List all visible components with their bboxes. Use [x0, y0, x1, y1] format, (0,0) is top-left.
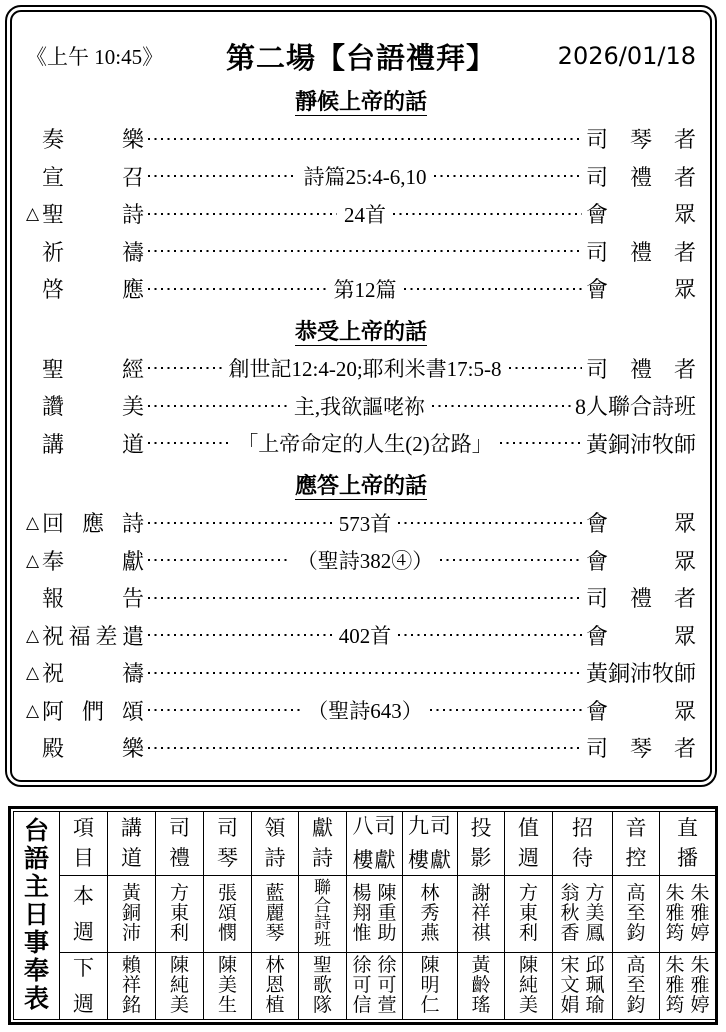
program-item-label: 宣召: [42, 161, 144, 192]
duty-week-label: 下週: [60, 953, 108, 1020]
duty-name-cell: 張頌憫: [204, 876, 252, 953]
duty-name: 張頌憫: [218, 884, 237, 944]
dot-leader: [148, 597, 582, 599]
program-item-role: 司禮者: [586, 161, 696, 192]
duty-name-cell: 翁秋香方美鳳: [553, 876, 613, 953]
dot-leader: [500, 442, 582, 444]
program-item-label: 奏樂: [42, 123, 144, 154]
duty-name: 朱雅筠: [665, 884, 684, 944]
program-row: △阿們頌（聖詩643）會眾: [26, 692, 696, 730]
program-item-label: 讚美: [42, 390, 144, 421]
program-row: △祝福差遣402首會眾: [26, 617, 696, 655]
dot-leader: [404, 288, 583, 290]
duty-name: 朱雅筠: [665, 956, 684, 1016]
program-item-detail: 詩篇25:4-6,10: [300, 161, 429, 191]
program-row: 報告司禮者: [26, 579, 696, 617]
program-item-role: 司禮者: [586, 236, 696, 267]
program-row: △回應詩573首會眾: [26, 504, 696, 542]
program-item-label: 祝禱: [42, 657, 144, 688]
dot-leader: [432, 405, 571, 407]
dot-leader: [148, 747, 582, 749]
duty-name: 翁秋香: [560, 884, 579, 944]
duty-name-cell: 楊翔惟陳重助: [347, 876, 403, 953]
dot-leader: [148, 634, 332, 636]
program-item-label: 祈禱: [42, 236, 144, 267]
program-item-role: 8人聯合詩班: [575, 390, 696, 421]
duty-column-header: 九司樓獻: [403, 812, 458, 876]
page-title: 第二場【台語禮拜】: [226, 36, 496, 77]
program-row: 宣召詩篇25:4-6,10司禮者: [26, 158, 696, 196]
duty-name-cell: 黃銅沛: [108, 876, 156, 953]
duty-name: 聖歌隊: [313, 956, 332, 1016]
duty-name: 藍麗琴: [265, 884, 284, 944]
program-row: 聖經創世記12:4-20;耶利米書17:5-8司禮者: [26, 350, 696, 388]
dot-leader: [148, 367, 222, 369]
duty-name: 聯合詩班: [314, 879, 331, 948]
standing-triangle-icon: △: [26, 514, 42, 531]
duty-column-header: 領詩: [252, 812, 299, 876]
duty-name: 林恩植: [265, 956, 284, 1016]
program-item-detail: 24首: [341, 199, 389, 229]
program-item-role: 會眾: [586, 507, 696, 538]
program-item-detail: 創世記12:4-20;耶利米書17:5-8: [226, 353, 505, 383]
program-row: 祈禱司禮者: [26, 233, 696, 271]
section-title-text: 靜候上帝的話: [295, 89, 427, 116]
duty-column-header: 司禮: [156, 812, 204, 876]
program-row: 讚美主,我欲謳咾祢8人聯合詩班: [26, 387, 696, 425]
duty-name: 徐可萱: [378, 956, 397, 1016]
duty-name-cell: 聖歌隊: [299, 953, 347, 1020]
dot-leader: [440, 559, 582, 561]
section-title: 應答上帝的話: [26, 471, 696, 501]
service-date: 2026/01/18: [496, 42, 696, 70]
program-item-label: 祝福差遣: [42, 620, 144, 651]
program-row: 奏樂司琴者: [26, 120, 696, 158]
dot-leader: [393, 213, 582, 215]
program-item-role: 司禮者: [586, 353, 696, 384]
duty-name-cell: 方東利: [156, 876, 204, 953]
duty-table-box: 台語主日事奉表項目講道司禮司琴領詩獻詩八司樓獻九司樓獻投影值週招待音控直播本週黃…: [8, 806, 718, 1025]
duty-name-cell: 高至鈞: [613, 953, 660, 1020]
duty-column-header: 投影: [458, 812, 505, 876]
dot-leader: [148, 405, 287, 407]
program-item-role: 會眾: [586, 273, 696, 304]
service-time: 《上午 10:45》: [26, 41, 226, 71]
duty-column-header: 司琴: [204, 812, 252, 876]
duty-name: 方東利: [519, 884, 538, 944]
program-item-label: 講道: [42, 428, 144, 459]
dot-leader: [148, 442, 230, 444]
program-item-role: 會眾: [586, 695, 696, 726]
duty-name-cell: 陳純美: [505, 953, 553, 1020]
section-title: 靜候上帝的話: [26, 87, 696, 117]
program-item-role: 會眾: [586, 620, 696, 651]
duty-name-cell: 林恩植: [252, 953, 299, 1020]
program-row: 啓應第12篇會眾: [26, 270, 696, 308]
program-item-label: 殿樂: [42, 732, 144, 763]
program-item-label: 啓應: [42, 273, 144, 304]
worship-program-box: 《上午 10:45》 第二場【台語禮拜】 2026/01/18 靜候上帝的話奏樂…: [5, 5, 717, 787]
standing-triangle-icon: △: [26, 205, 42, 222]
duty-name-cell: 陳明仁: [403, 953, 458, 1020]
program-item-detail: 主,我欲謳咾祢: [291, 391, 428, 421]
program-row: 殿樂司琴者: [26, 729, 696, 767]
duty-name: 謝祥祺: [471, 884, 490, 944]
dot-leader: [148, 288, 327, 290]
program-item-detail: 第12篇: [331, 274, 400, 304]
program-row: △聖詩24首會眾: [26, 195, 696, 233]
duty-name-cell: 聯合詩班: [299, 876, 347, 953]
duty-name-cell: 宋文娟邱珮瑜: [553, 953, 613, 1020]
dot-leader: [148, 709, 300, 711]
dot-leader: [148, 213, 337, 215]
duty-name: 朱雅婷: [691, 884, 710, 944]
program-item-label: 聖詩: [42, 198, 144, 229]
program-row: △奉獻（聖詩382④）會眾: [26, 542, 696, 580]
duty-name: 陳美生: [218, 956, 237, 1016]
duty-table-title: 台語主日事奉表: [14, 812, 60, 1020]
duty-name: 林秀燕: [420, 884, 439, 944]
duty-name: 陳重助: [378, 884, 397, 944]
program-header: 《上午 10:45》 第二場【台語禮拜】 2026/01/18: [26, 34, 696, 78]
dot-leader: [148, 175, 296, 177]
duty-column-header: 招待: [553, 812, 613, 876]
program-sections: 靜候上帝的話奏樂司琴者宣召詩篇25:4-6,10司禮者△聖詩24首會眾祈禱司禮者…: [26, 87, 696, 767]
duty-table: 台語主日事奉表項目講道司禮司琴領詩獻詩八司樓獻九司樓獻投影值週招待音控直播本週黃…: [13, 811, 716, 1020]
duty-name: 賴祥銘: [122, 956, 141, 1016]
program-item-role: 司琴者: [586, 732, 696, 763]
program-item-label: 奉獻: [42, 545, 144, 576]
duty-name-cell: 徐可信徐可萱: [347, 953, 403, 1020]
duty-name-cell: 藍麗琴: [252, 876, 299, 953]
dot-leader: [509, 367, 583, 369]
program-item-detail: （聖詩382④）: [294, 545, 437, 575]
duty-name: 陳明仁: [420, 956, 439, 1016]
duty-column-header: 獻詩: [299, 812, 347, 876]
program-item-role: 司琴者: [586, 123, 696, 154]
worship-program-inner: 《上午 10:45》 第二場【台語禮拜】 2026/01/18 靜候上帝的話奏樂…: [10, 10, 712, 782]
duty-column-header: 直播: [660, 812, 716, 876]
standing-triangle-icon: △: [26, 552, 42, 569]
duty-name: 方美鳳: [586, 884, 605, 944]
duty-name: 黃銅沛: [122, 884, 141, 944]
program-item-detail: 573首: [336, 508, 395, 538]
section-title-text: 應答上帝的話: [295, 473, 427, 500]
duty-name-cell: 朱雅筠朱雅婷: [660, 876, 716, 953]
section-title: 恭受上帝的話: [26, 317, 696, 347]
program-item-role: 黃銅沛牧師: [586, 428, 696, 459]
program-item-detail: 402首: [336, 620, 395, 650]
duty-column-header: 值週: [505, 812, 553, 876]
duty-week-row: 下週賴祥銘陳純美陳美生林恩植聖歌隊徐可信徐可萱陳明仁黃齡瑤陳純美宋文娟邱珮瑜高至…: [14, 953, 716, 1020]
duty-name: 陳純美: [170, 956, 189, 1016]
program-item-role: 會眾: [586, 545, 696, 576]
dot-leader: [148, 250, 582, 252]
duty-item-header: 項目: [60, 812, 108, 876]
duty-name: 黃齡瑤: [471, 956, 490, 1016]
duty-name: 高至鈞: [626, 956, 645, 1016]
dot-leader: [148, 522, 332, 524]
program-item-label: 報告: [42, 582, 144, 613]
duty-name-cell: 高至鈞: [613, 876, 660, 953]
dot-leader: [398, 522, 582, 524]
program-item-label: 聖經: [42, 353, 144, 384]
duty-week-label: 本週: [60, 876, 108, 953]
duty-header-row: 台語主日事奉表項目講道司禮司琴領詩獻詩八司樓獻九司樓獻投影值週招待音控直播: [14, 812, 716, 876]
program-item-role: 黃銅沛牧師: [586, 657, 696, 688]
duty-name: 楊翔惟: [352, 884, 371, 944]
program-row: △祝禱黃銅沛牧師: [26, 654, 696, 692]
duty-week-row: 本週黃銅沛方東利張頌憫藍麗琴聯合詩班楊翔惟陳重助林秀燕謝祥祺方東利翁秋香方美鳳高…: [14, 876, 716, 953]
duty-name-cell: 賴祥銘: [108, 953, 156, 1020]
program-item-detail: （聖詩643）: [304, 695, 426, 725]
duty-name: 宋文娟: [560, 956, 579, 1016]
duty-name: 高至鈞: [626, 884, 645, 944]
duty-name: 邱珮瑜: [586, 956, 605, 1016]
standing-triangle-icon: △: [26, 627, 42, 644]
dot-leader: [434, 175, 582, 177]
dot-leader: [148, 138, 582, 140]
dot-leader: [148, 559, 290, 561]
duty-name: 徐可信: [352, 956, 371, 1016]
duty-name-cell: 陳純美: [156, 953, 204, 1020]
duty-name-cell: 黃齡瑤: [458, 953, 505, 1020]
dot-leader: [148, 672, 582, 674]
duty-table-title-text: 台語主日事奉表: [14, 818, 59, 1014]
duty-column-header: 講道: [108, 812, 156, 876]
duty-column-header: 音控: [613, 812, 660, 876]
duty-name-cell: 陳美生: [204, 953, 252, 1020]
section-title-text: 恭受上帝的話: [295, 319, 427, 346]
dot-leader: [398, 634, 582, 636]
duty-name-cell: 林秀燕: [403, 876, 458, 953]
duty-column-header: 八司樓獻: [347, 812, 403, 876]
duty-name: 方東利: [170, 884, 189, 944]
program-item-label: 回應詩: [42, 507, 144, 538]
standing-triangle-icon: △: [26, 702, 42, 719]
program-row: 講道「上帝命定的人生(2)岔路」黃銅沛牧師: [26, 425, 696, 463]
program-item-detail: 「上帝命定的人生(2)岔路」: [234, 428, 496, 458]
standing-triangle-icon: △: [26, 664, 42, 681]
duty-name-cell: 謝祥祺: [458, 876, 505, 953]
bulletin-page: 《上午 10:45》 第二場【台語禮拜】 2026/01/18 靜候上帝的話奏樂…: [0, 0, 726, 1032]
program-item-label: 阿們頌: [42, 695, 144, 726]
dot-leader: [430, 709, 582, 711]
program-item-role: 司禮者: [586, 582, 696, 613]
duty-name-cell: 方東利: [505, 876, 553, 953]
duty-name: 朱雅婷: [691, 956, 710, 1016]
program-item-role: 會眾: [586, 198, 696, 229]
duty-name-cell: 朱雅筠朱雅婷: [660, 953, 716, 1020]
duty-name: 陳純美: [519, 956, 538, 1016]
